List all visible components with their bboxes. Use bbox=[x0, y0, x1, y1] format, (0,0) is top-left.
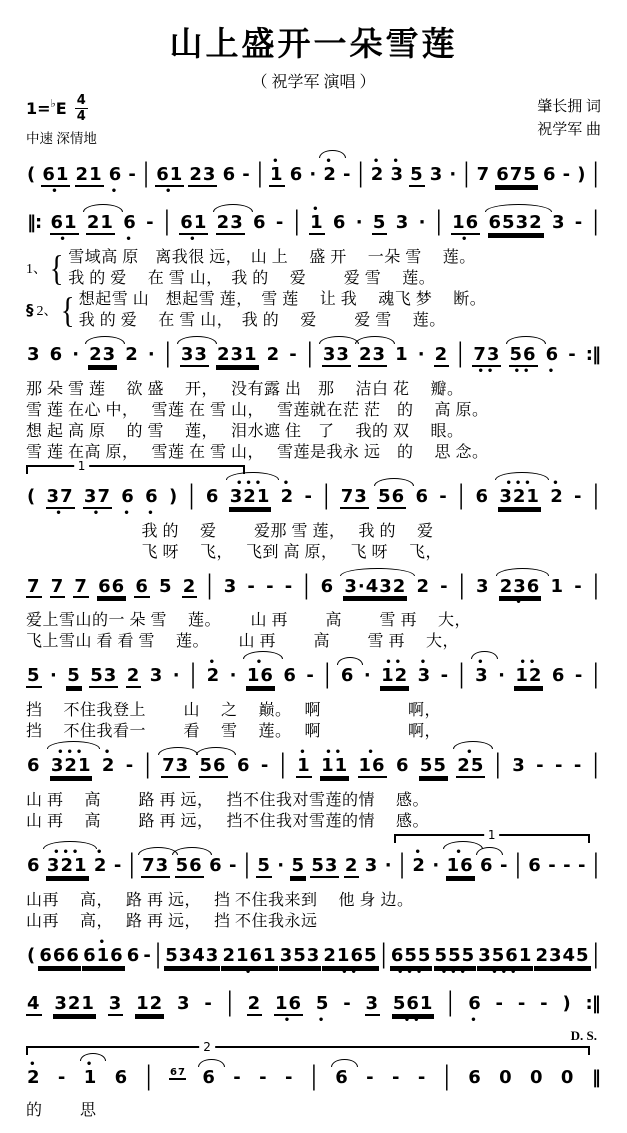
octave-dot-above: • bbox=[206, 658, 222, 668]
octave-dot-below: ••• bbox=[390, 968, 433, 978]
barline: | bbox=[322, 483, 331, 510]
barline: | bbox=[592, 752, 601, 779]
octave-dot-above: •• bbox=[380, 658, 409, 668]
music-token: 561•• bbox=[392, 995, 435, 1016]
slur-arc-icon bbox=[243, 651, 283, 659]
music-token: - bbox=[246, 578, 256, 597]
performer-credit: （ 祝学军 演唱 ） bbox=[26, 69, 601, 92]
music-system: (61•216•-|61•236-|1•6·2•-|2•3•53·|76756-… bbox=[26, 153, 601, 199]
music-token: 67 bbox=[169, 1068, 186, 1081]
octave-dot-above: • bbox=[296, 748, 312, 758]
music-token: 321••• bbox=[229, 488, 272, 509]
music-token: - bbox=[573, 578, 583, 597]
lyric-line: 想 起 高 原 的 雪 莲， 泪水遮 住 了 我的 双 眼。 bbox=[26, 421, 601, 442]
barline: | bbox=[458, 662, 467, 689]
music-token: 23 bbox=[216, 214, 245, 235]
lyric-line: 雪 莲 在高 原， 雪莲 在 雪 山， 雪莲是我永 远 的 思 念。 bbox=[26, 442, 601, 463]
music-token: 5 bbox=[158, 578, 174, 597]
music-token: 73•• bbox=[472, 346, 501, 367]
lyric-group: 1、{雪域高 原 离我很 远， 山 上 盛 开 一朵 雪 莲。我 的 爱 在 雪… bbox=[26, 247, 601, 289]
barline: | bbox=[256, 161, 265, 188]
music-token: 6 bbox=[340, 667, 356, 686]
octave-dot-below: •• bbox=[509, 367, 538, 377]
music-token: 61• bbox=[41, 166, 70, 187]
music-token: 0 bbox=[498, 1069, 514, 1088]
slur-arc-icon bbox=[138, 847, 178, 855]
music-token: · bbox=[497, 667, 507, 686]
music-token: 1• bbox=[309, 214, 325, 235]
notation-line: 43213123-|216•5•-3561••|6•---):‖ bbox=[26, 982, 601, 1028]
music-token: 6 bbox=[205, 488, 221, 507]
lyric-group: §2、{想起雪 山 想起雪 莲， 雪 莲 让 我 魂飞 梦 断。我 的 爱 在 … bbox=[26, 289, 601, 331]
music-token: 5 bbox=[256, 857, 272, 878]
music-token: 3 bbox=[475, 578, 491, 597]
barline: | bbox=[446, 990, 455, 1017]
music-token: 16• bbox=[246, 667, 275, 688]
music-token: - bbox=[284, 578, 294, 597]
music-token: - bbox=[499, 857, 509, 876]
octave-dot-above: ••• bbox=[50, 748, 93, 758]
music-token: - bbox=[562, 857, 572, 876]
barline: | bbox=[128, 852, 137, 879]
music-token: 56 bbox=[377, 488, 406, 509]
music-token: 0 bbox=[529, 1069, 545, 1088]
music-token: 23 bbox=[188, 166, 217, 187]
music-token: 2• bbox=[322, 166, 338, 185]
music-token: 16• bbox=[358, 757, 387, 778]
music-token: - bbox=[125, 757, 135, 776]
music-token: 6 bbox=[289, 166, 305, 185]
music-token: 2 bbox=[344, 857, 360, 878]
octave-dot-above: ••• bbox=[46, 848, 89, 858]
music-token: 66 bbox=[97, 578, 126, 599]
music-token: 61• bbox=[155, 166, 184, 187]
octave-dot-below: • bbox=[108, 187, 124, 197]
slur-arc-icon bbox=[495, 472, 549, 480]
music-token: 33 bbox=[180, 346, 209, 367]
barline: | bbox=[142, 161, 151, 188]
volta-bracket: 2 bbox=[26, 1046, 590, 1055]
music-token: 2• bbox=[370, 166, 386, 185]
barline: | bbox=[462, 161, 471, 188]
barline: | bbox=[398, 852, 407, 879]
music-token: 2• bbox=[206, 667, 222, 686]
barline: | bbox=[226, 990, 235, 1017]
octave-dot-below: • bbox=[122, 235, 138, 245]
lyric-line: 雪域高 原 离我很 远， 山 上 盛 开 一朵 雪 莲。 bbox=[68, 247, 601, 268]
music-token: 2• bbox=[280, 488, 296, 507]
music-token: 2• bbox=[101, 757, 117, 776]
music-token: 56 bbox=[175, 857, 204, 878]
slur-arc-icon bbox=[85, 336, 125, 344]
barline: | bbox=[592, 209, 601, 236]
barline: | bbox=[592, 483, 601, 510]
barline: | bbox=[279, 752, 288, 779]
music-token: · bbox=[355, 214, 365, 233]
music-token: 3• bbox=[474, 667, 490, 686]
volta-bracket: 1 bbox=[394, 834, 590, 843]
volta-number: 1 bbox=[74, 460, 90, 472]
octave-dot-above: • bbox=[26, 1060, 42, 1070]
music-token: 231 bbox=[216, 346, 259, 367]
lyric-group: 那 朵 雪 莲 欲 盛 开， 没有露 出 那 洁白 花 瓣。雪 莲 在心 中， … bbox=[26, 379, 601, 463]
music-token: · bbox=[363, 667, 373, 686]
music-token: 2 bbox=[266, 346, 282, 365]
music-token: 3 bbox=[395, 214, 411, 233]
verse-brace-icon: { bbox=[50, 252, 64, 284]
barline: | bbox=[592, 572, 601, 599]
music-token: 6• bbox=[122, 214, 138, 233]
octave-dot-above: • bbox=[474, 658, 490, 668]
slur-arc-icon bbox=[476, 847, 503, 855]
music-token: 3 bbox=[26, 346, 42, 365]
lyric-line: 想起雪 山 想起雪 莲， 雪 莲 让 我 魂飞 梦 断。 bbox=[79, 289, 601, 310]
music-token: - bbox=[113, 857, 123, 876]
barline: | bbox=[243, 852, 252, 879]
octave-dot-above: •• bbox=[320, 748, 349, 758]
music-token: 56•• bbox=[509, 346, 538, 367]
music-token: 2 bbox=[434, 346, 450, 367]
music-token: 2• bbox=[549, 488, 565, 507]
slur-arc-icon bbox=[47, 741, 101, 749]
octave-dot-above: •• bbox=[514, 658, 543, 668]
music-token: ‖ bbox=[591, 1069, 601, 1088]
lyric-group: 山 再 高 路 再 远， 挡不住我对雪莲的情 感。山 再 高 路 再 远， 挡不… bbox=[26, 790, 601, 832]
notation-line: 6321•••2•-|73566-|5·55323·|2•·16•6-|6---… bbox=[26, 844, 601, 890]
lyric-lines: 想起雪 山 想起雪 莲， 雪 莲 让 我 魂飞 梦 断。我 的 爱 在 雪 山，… bbox=[79, 289, 601, 331]
lyric-line: 我 的 爱 在 雪 山， 我 的 爱 爱 雪 莲。 bbox=[68, 268, 601, 289]
music-token: ) bbox=[168, 488, 179, 507]
music-token: 6 bbox=[551, 667, 567, 686]
lyric-group: 爱上雪山的一 朵 雪 莲。 山 再 高 雪 再 大，飞上雪山 看 看 雪 莲。 … bbox=[26, 610, 601, 652]
music-token: - bbox=[127, 166, 137, 185]
notation-line: 5·55323·|2•·16•6-|6·12••3•-|3•·12••6-| bbox=[26, 654, 601, 700]
slur-arc-icon bbox=[158, 747, 198, 755]
octave-dot-above: • bbox=[246, 658, 275, 668]
lyric-lines: 的 思 bbox=[26, 1100, 601, 1121]
octave-dot-above: • bbox=[358, 748, 387, 758]
octave-dot-below: • bbox=[144, 509, 160, 519]
octave-dot-below: • bbox=[83, 509, 112, 519]
music-token: 2165•• bbox=[322, 947, 378, 968]
volta-number: 1 bbox=[484, 829, 500, 841]
slur-arc-icon bbox=[355, 336, 395, 344]
music-token: 2 bbox=[415, 578, 431, 597]
music-system: 43213123-|216•5•-3561••|6•---):‖D. S. bbox=[26, 982, 601, 1044]
slur-arc-icon bbox=[198, 1059, 225, 1067]
volta-bracket: 1 bbox=[26, 465, 245, 474]
music-token: 33 bbox=[322, 346, 351, 367]
music-token: 16• bbox=[451, 214, 480, 235]
barline: | bbox=[443, 1064, 452, 1091]
music-token: :‖ bbox=[585, 995, 601, 1014]
music-token: 6 bbox=[282, 667, 298, 686]
barline: | bbox=[380, 942, 389, 969]
music-token: 666 bbox=[38, 947, 81, 968]
music-token: 12•• bbox=[514, 667, 543, 688]
key-prefix: 1= bbox=[26, 99, 51, 118]
music-token: · bbox=[431, 857, 441, 876]
octave-dot-above: • bbox=[83, 1060, 99, 1070]
music-token: ‖: bbox=[26, 214, 42, 233]
music-token: - bbox=[495, 995, 505, 1014]
sheet-header: 山上盛开一朵雪莲 （ 祝学军 演唱 ） 1=♭E 44 中速 深情地 肇长拥 词… bbox=[26, 18, 601, 147]
time-signature: 44 bbox=[75, 94, 88, 123]
music-token: 3• bbox=[417, 667, 433, 686]
meta-row: 1=♭E 44 中速 深情地 肇长拥 词 祝学军 曲 bbox=[26, 94, 601, 147]
music-token: 0 bbox=[560, 1069, 576, 1088]
music-token: 321 bbox=[53, 995, 96, 1016]
octave-dot-below: • bbox=[451, 235, 480, 245]
music-token: ) bbox=[561, 995, 572, 1014]
music-token: 3 bbox=[223, 578, 239, 597]
lyric-lines: 山 再 高 路 再 远， 挡不住我对雪莲的情 感。山 再 高 路 再 远， 挡不… bbox=[26, 790, 601, 832]
music-token: 25• bbox=[456, 757, 485, 778]
music-token: 2161• bbox=[221, 947, 277, 968]
music-token: 6 bbox=[474, 488, 490, 507]
music-token: 2345 bbox=[534, 947, 590, 968]
music-token: 37• bbox=[83, 488, 112, 509]
barline: | bbox=[323, 662, 332, 689]
music-system: 6321•••2•-|73566-|1•11••16•65525•|3---|山… bbox=[26, 744, 601, 832]
barline: | bbox=[514, 852, 523, 879]
music-token: 6 bbox=[26, 857, 42, 876]
music-token: - bbox=[342, 995, 352, 1014]
music-token: - bbox=[438, 488, 448, 507]
music-system: ‖:61•216•-|61•236-|1•6·53·|16•65323-|1、{… bbox=[26, 201, 601, 331]
slur-arc-icon bbox=[319, 150, 346, 158]
key-tempo-block: 1=♭E 44 中速 深情地 bbox=[26, 94, 97, 147]
music-token: - bbox=[417, 1069, 427, 1088]
music-token: 6 bbox=[479, 857, 495, 876]
verse-number: 2、 bbox=[37, 300, 58, 320]
music-token: 6• bbox=[120, 488, 136, 507]
verse-brace-icon: { bbox=[60, 294, 74, 326]
segno-icon: § bbox=[26, 301, 34, 319]
slur-arc-icon bbox=[43, 841, 97, 849]
music-token: 1• bbox=[269, 166, 285, 187]
music-token: ( bbox=[26, 166, 37, 185]
lyric-line: 的 思 bbox=[26, 1100, 601, 1121]
music-token: - bbox=[539, 995, 549, 1014]
music-token: 3 bbox=[149, 667, 165, 686]
lyric-line: 山 再 高 路 再 远， 挡不住我对雪莲的情 感。 bbox=[26, 811, 601, 832]
octave-dot-below: ••• bbox=[477, 968, 533, 978]
music-token: 12•• bbox=[380, 667, 409, 688]
music-token: · bbox=[229, 667, 239, 686]
music-token: 73 bbox=[141, 857, 170, 878]
music-token: - bbox=[535, 757, 545, 776]
slur-arc-icon bbox=[319, 336, 359, 344]
music-token: - bbox=[562, 166, 572, 185]
music-token: 3 bbox=[511, 757, 527, 776]
music-token: 321••• bbox=[46, 857, 89, 878]
octave-dot-below: • bbox=[155, 187, 184, 197]
barline: | bbox=[592, 942, 601, 969]
music-token: · bbox=[417, 346, 427, 365]
music-token: 7 bbox=[26, 578, 42, 599]
octave-dot-below: • bbox=[179, 235, 208, 245]
octave-dot-below: • bbox=[120, 509, 136, 519]
barline: | bbox=[435, 209, 444, 236]
music-token: 6• bbox=[144, 488, 160, 507]
music-token: 55 bbox=[419, 757, 448, 778]
music-token: 5343 bbox=[164, 947, 220, 968]
slur-arc-icon bbox=[177, 336, 217, 344]
music-token: ) bbox=[576, 166, 587, 185]
lyric-line: 那 朵 雪 莲 欲 盛 开， 没有露 出 那 洁白 花 瓣。 bbox=[26, 379, 601, 400]
barline: | bbox=[592, 662, 601, 689]
music-token: 21 bbox=[86, 214, 115, 235]
lyric-line: 山 再 高 路 再 远， 挡不住我对雪莲的情 感。 bbox=[26, 790, 601, 811]
music-token: - bbox=[305, 667, 315, 686]
notation-line: ‖:61•216•-|61•236-|1•6·53·|16•65323-| bbox=[26, 201, 601, 247]
music-token: - bbox=[342, 166, 352, 185]
notation-line: (37•37•6•6•)|6321•••2•-|73566-|6321•••2•… bbox=[26, 475, 601, 521]
notation-line: 77766652|3---|63·4322-|3236•1-| bbox=[26, 565, 601, 611]
octave-dot-above: • bbox=[411, 848, 427, 858]
music-token: - bbox=[145, 214, 155, 233]
barline: | bbox=[154, 942, 163, 969]
music-token: - bbox=[567, 346, 577, 365]
music-system: 77766652|3---|63·4322-|3236•1-|爱上雪山的一 朵 … bbox=[26, 565, 601, 653]
slur-arc-icon bbox=[331, 1059, 358, 1067]
notation-line: 36·232·|332312-|33231·2|73••56••6•-:‖ bbox=[26, 333, 601, 379]
octave-dot-above: ••• bbox=[498, 479, 541, 489]
octave-dot-below: • bbox=[46, 509, 75, 519]
music-token: - bbox=[275, 214, 285, 233]
slur-arc-icon bbox=[496, 568, 550, 576]
lyric-lines: 那 朵 雪 莲 欲 盛 开， 没有露 出 那 洁白 花 瓣。雪 莲 在心 中， … bbox=[26, 379, 601, 463]
music-token: 61• bbox=[179, 214, 208, 235]
music-token: - bbox=[573, 757, 583, 776]
octave-dot-above: • bbox=[549, 479, 565, 489]
music-token: - bbox=[265, 578, 275, 597]
music-token: 5 bbox=[26, 667, 42, 688]
music-token: 1 bbox=[394, 346, 410, 365]
barline: | bbox=[144, 752, 153, 779]
time-signature-top: 4 bbox=[75, 94, 88, 109]
music-token: 7 bbox=[50, 578, 66, 599]
music-token: ( bbox=[26, 947, 37, 966]
music-token: 6 bbox=[252, 214, 268, 233]
music-token: - bbox=[284, 1069, 294, 1088]
barline: | bbox=[293, 209, 302, 236]
music-token: · bbox=[448, 166, 458, 185]
notation-line: 2•-1•6|676---|6---|6000‖ bbox=[26, 1056, 601, 1101]
music-token: 555••• bbox=[434, 947, 477, 968]
music-system: 22•-1•6|676---|6---|6000‖的 思 bbox=[26, 1046, 601, 1122]
notation-line: 6321•••2•-|73566-|1•11••16•65525•|3---| bbox=[26, 744, 601, 790]
music-token: · bbox=[49, 667, 59, 686]
music-token: 1 bbox=[550, 578, 566, 597]
music-token: 1• bbox=[83, 1069, 99, 1088]
lyric-group: 我 的 爱 爱那 雪 莲， 我 的 爱 飞 呀 飞， 飞到 高 原， 飞 呀 飞… bbox=[26, 521, 601, 563]
slur-arc-icon bbox=[485, 204, 552, 212]
music-token: 321••• bbox=[498, 488, 541, 509]
lyric-line: 飞 呀 飞， 飞到 高 原， 飞 呀 飞， bbox=[26, 542, 601, 563]
barline: | bbox=[592, 852, 601, 879]
music-token: - bbox=[228, 857, 238, 876]
music-token: 6 bbox=[134, 578, 150, 599]
barline: | bbox=[205, 572, 214, 599]
music-token: - bbox=[203, 995, 213, 1014]
octave-dot-below: ••• bbox=[434, 968, 477, 978]
music-token: - bbox=[260, 757, 270, 776]
octave-dot-above: • bbox=[389, 157, 405, 167]
music-token: · bbox=[71, 346, 81, 365]
barline: | bbox=[145, 1064, 154, 1091]
music-token: 236• bbox=[499, 578, 542, 599]
octave-dot-above: • bbox=[446, 848, 475, 858]
music-token: - bbox=[574, 214, 584, 233]
music-token: 6 bbox=[114, 1069, 130, 1088]
music-token: 6 bbox=[467, 1069, 483, 1088]
slur-arc-icon bbox=[172, 847, 212, 855]
lyric-lines: 我 的 爱 爱那 雪 莲， 我 的 爱 飞 呀 飞， 飞到 高 原， 飞 呀 飞… bbox=[26, 521, 601, 563]
barline: | bbox=[302, 572, 311, 599]
music-token: 6• bbox=[108, 166, 124, 185]
slur-arc-icon bbox=[506, 336, 546, 344]
music-token: 2 bbox=[247, 995, 263, 1016]
music-token: 16• bbox=[446, 857, 475, 878]
music-token: 61• bbox=[50, 214, 79, 235]
music-token: 6532 bbox=[488, 214, 544, 235]
music-token: 2 bbox=[182, 578, 198, 599]
music-system: 1(37•37•6•6•)|6321•••2•-|73566-|6321•••2… bbox=[26, 465, 601, 563]
barline: | bbox=[164, 341, 173, 368]
barline: | bbox=[592, 161, 601, 188]
music-token: 3 bbox=[364, 857, 380, 876]
music-token: - bbox=[391, 1069, 401, 1088]
barline: | bbox=[457, 483, 466, 510]
music-token: 6 bbox=[126, 947, 142, 966]
music-token: 1• bbox=[296, 757, 312, 778]
music-token: 37• bbox=[46, 488, 75, 509]
music-token: 6 bbox=[26, 757, 42, 776]
music-token: - bbox=[241, 166, 251, 185]
music-token: - bbox=[304, 488, 314, 507]
lyricist-credit: 肇长拥 词 bbox=[537, 96, 601, 119]
verse-number: 1、 bbox=[26, 258, 47, 278]
music-token: 2 bbox=[126, 667, 142, 688]
octave-dot-below: • bbox=[221, 968, 277, 978]
music-token: 5 bbox=[409, 166, 425, 187]
barline: | bbox=[494, 752, 503, 779]
music-token: 23 bbox=[88, 346, 117, 367]
music-token: - bbox=[142, 947, 152, 966]
barline: | bbox=[188, 483, 197, 510]
barline: | bbox=[456, 341, 465, 368]
tempo-marking: 中速 深情地 bbox=[26, 127, 97, 147]
music-token: 73 bbox=[340, 488, 369, 509]
credits-block: 肇长拥 词 祝学军 曲 bbox=[537, 96, 601, 141]
music-token: - bbox=[547, 857, 557, 876]
lyric-line: 山再 高， 路 再 远， 挡 不住我永远 bbox=[26, 911, 601, 932]
octave-dot-above: • bbox=[93, 848, 109, 858]
music-token: · bbox=[172, 667, 182, 686]
octave-dot-above: ••• bbox=[229, 479, 272, 489]
music-token: 6 bbox=[542, 166, 558, 185]
music-token: 655••• bbox=[390, 947, 433, 968]
music-token: 6 bbox=[320, 578, 336, 597]
music-token: 56 bbox=[199, 757, 228, 778]
music-token: 675 bbox=[495, 166, 538, 187]
flat-icon: ♭ bbox=[51, 97, 56, 110]
lyric-group: 挡 不住我登上 山 之 巅。 啊 啊，挡 不住我看一 看 雪 莲。 啊 啊， bbox=[26, 700, 601, 742]
music-system: 36·232·|332312-|33231·2|73••56••6•-:‖那 朵… bbox=[26, 333, 601, 463]
music-token: - bbox=[365, 1069, 375, 1088]
